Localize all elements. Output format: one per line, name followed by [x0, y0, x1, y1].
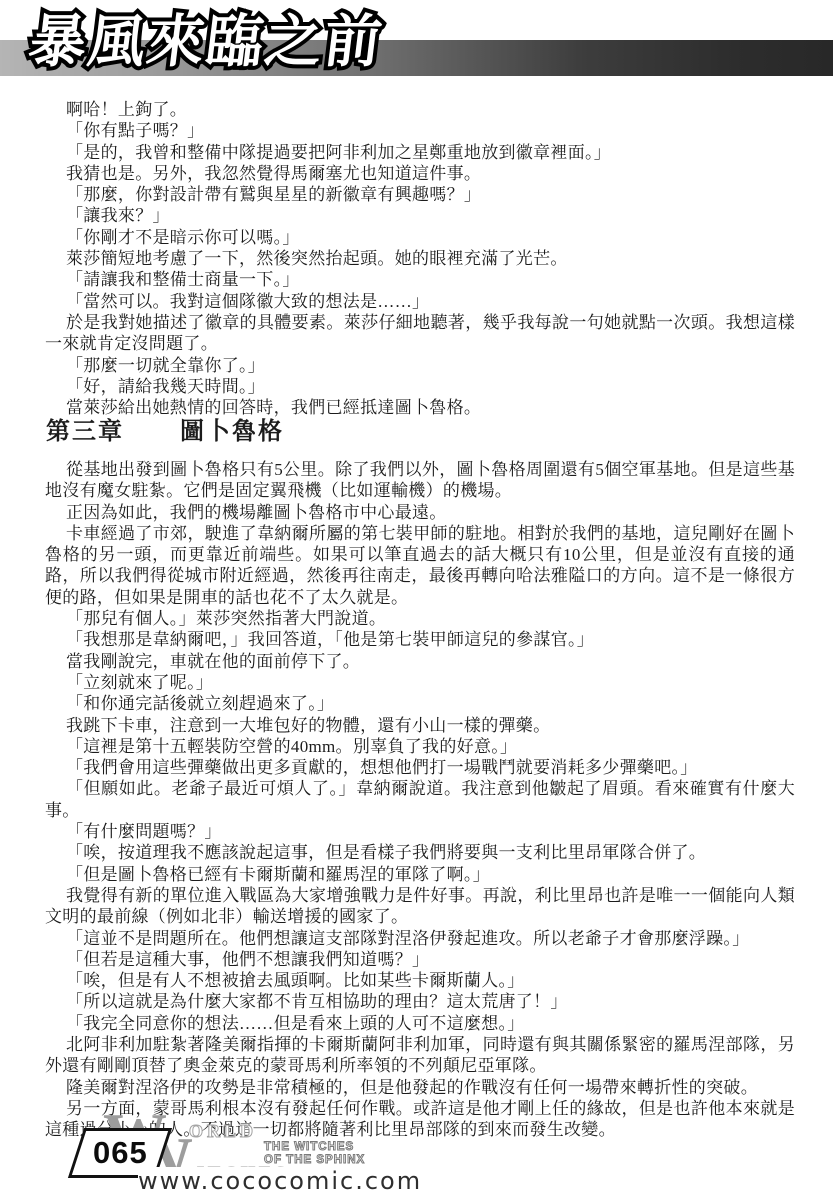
paragraph: 「這並不是問題所在。他們想讓這支部隊對涅洛伊發起進攻。所以老爺子才會那麼浮躁。」: [45, 928, 795, 949]
page-number: 065: [93, 1135, 148, 1171]
logo-subtitle-line2: OF THE SPHINX: [264, 1154, 365, 1166]
paragraph: 「請讓我和整備士商量一下。」: [45, 269, 795, 290]
paragraph: 「但願如此。老爺子最近可煩人了。」韋納爾說道。我注意到他皺起了眉頭。看來確實有什…: [45, 778, 795, 821]
paragraph: 「我們會用這些彈藥做出更多貢獻的，想想他們打一場戰鬥就要消耗多少彈藥吧。」: [45, 757, 795, 778]
paragraph: 「和你通完話後就立刻趕過來了。」: [45, 693, 795, 714]
paragraph: 於是我對她描述了徽章的具體要素。萊莎仔細地聽著，幾乎我每說一句她就點一次頭。我想…: [45, 312, 795, 355]
body-text-section-2: 從基地出發到圖卜魯格只有5公里。除了我們以外，圖卜魯格周圍還有5個空軍基地。但是…: [45, 459, 795, 1141]
paragraph: 我覺得有新的單位進入戰區為大家增強戰力是件好事。再說，利比里昂也許是唯一一個能向…: [45, 885, 795, 928]
paragraph: 從基地出發到圖卜魯格只有5公里。除了我們以外，圖卜魯格周圍還有5個空軍基地。但是…: [45, 459, 795, 502]
paragraph: 「是的，我曾和整備中隊提過要把阿非利加之星鄭重地放到徽章裡面。」: [45, 142, 795, 163]
paragraph: 隆美爾對涅洛伊的攻勢是非常積極的，但是他發起的作戰沒有任何一場帶來轉折性的突破。: [45, 1077, 795, 1098]
chapter-number: 第三章: [46, 419, 124, 445]
paragraph: 「我完全同意你的想法……但是看來上頭的人可不這麼想。」: [45, 1013, 795, 1034]
logo-subtitle-line1: THE WITCHES: [264, 1141, 354, 1153]
paragraph: 「唉，按道理我不應該說起這事，但是看樣子我們將要與一支利比里昂軍隊合併了。: [45, 842, 795, 863]
paragraph: 「所以這就是為什麼大家都不肯互相協助的理由？這太荒唐了！」: [45, 991, 795, 1012]
paragraph: 卡車經過了市郊，駛進了韋納爾所屬的第七裝甲師的駐地。相對於我們的基地，這兒剛好在…: [45, 523, 795, 608]
paragraph: 「唉，但是有人不想被搶去風頭啊。比如某些卡爾斯蘭人。」: [45, 970, 795, 991]
paragraph: 北阿非利加駐紮著隆美爾指揮的卡爾斯蘭阿非利加軍，同時還有與其關係緊密的羅馬涅部隊…: [45, 1034, 795, 1077]
paragraph: 「你有點子嗎？」: [45, 120, 795, 141]
paragraph: 萊莎簡短地考慮了一下，然後突然抬起頭。她的眼裡充滿了光芒。: [45, 248, 795, 269]
paragraph: 「讓我來？」: [45, 205, 795, 226]
paragraph: 「那兒有個人。」萊莎突然指著大門說道。: [45, 608, 795, 629]
paragraph: 「這裡是第十五輕裝防空營的40mm。別辜負了我的好意。」: [45, 736, 795, 757]
paragraph: 「好，請給我幾天時間。」: [45, 376, 795, 397]
paragraph: 我猜也是。另外，我忽然覺得馬爾塞尤也知道這件事。: [45, 163, 795, 184]
paragraph: 我跳下卡車，注意到一大堆包好的物體，還有小山一樣的彈藥。: [45, 715, 795, 736]
paragraph: 「立刻就來了呢。」: [45, 672, 795, 693]
paragraph: 「你剛才不是暗示你可以嗎。」: [45, 227, 795, 248]
paragraph: 「當然可以。我對這個隊徽大致的想法是……」: [45, 291, 795, 312]
paragraph: 當我剛說完，車就在他的面前停下了。: [45, 651, 795, 672]
paragraph: 正因為如此，我們的機場離圖卜魯格市中心最遠。: [45, 502, 795, 523]
paragraph: 「但若是這種大事，他們不想讓我們知道嗎？」: [45, 949, 795, 970]
paragraph: 「我想那是韋納爾吧，」我回答道，「他是第七裝甲師這兒的參謀官。」: [45, 629, 795, 650]
page-title-fill: 暴風來臨之前: [24, 4, 387, 80]
body-text-section-1: 啊哈！上鉤了。「你有點子嗎？」「是的，我曾和整備中隊提過要把阿非利加之星鄭重地放…: [45, 99, 795, 418]
chapter-title: 圖卜魯格: [180, 419, 284, 445]
paragraph: 啊哈！上鉤了。: [45, 99, 795, 120]
site-url-text: www.cococomic.com: [138, 1167, 428, 1195]
chapter-heading: 第三章圖卜魯格: [46, 411, 284, 446]
paragraph: 「有什麼問題嗎？」: [45, 821, 795, 842]
scanned-novel-page: 暴風來臨之前 暴風來臨之前 啊哈！上鉤了。「你有點子嗎？」「是的，我曾和整備中隊…: [0, 0, 833, 1200]
paragraph: 「那麼一切就全靠你了。」: [45, 355, 795, 376]
logo-world-text: ORLD: [189, 1121, 257, 1142]
paragraph: 「但是圖卜魯格已經有卡爾斯蘭和羅馬涅的軍隊了啊。」: [45, 864, 795, 885]
paragraph: 「那麼，你對設計帶有鷲與星星的新徽章有興趣嗎？」: [45, 184, 795, 205]
